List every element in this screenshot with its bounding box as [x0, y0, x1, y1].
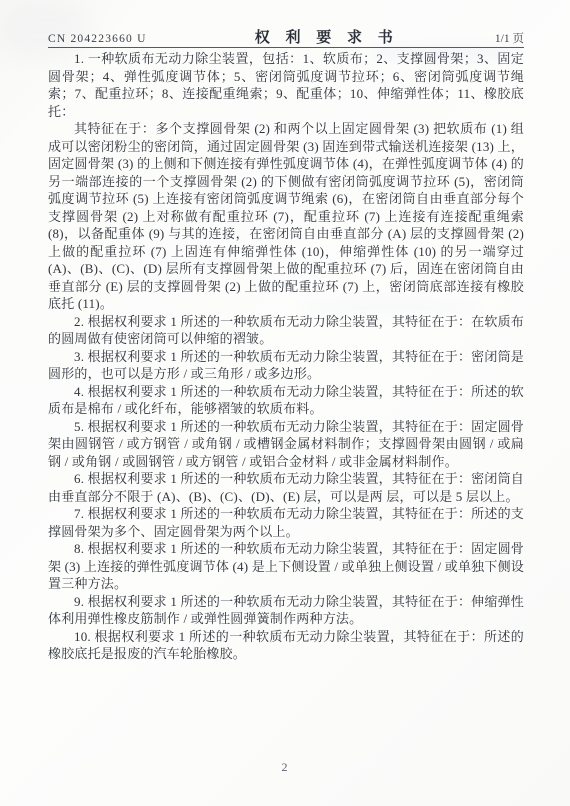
- claim-3: 3. 根据权利要求 1 所述的一种软质布无动力除尘装置，其特征在于：密闭筒是圆形…: [48, 348, 524, 383]
- page-title: 权 利 要 求 书: [255, 26, 399, 47]
- claim-8: 8. 根据权利要求 1 所述的一种软质布无动力除尘装置，其特征在于：固定圆骨架 …: [48, 540, 524, 593]
- patent-claims-page: CN 204223660 U 权 利 要 求 书 1/1 页 1. 一种软质布无…: [0, 0, 570, 806]
- page-header: CN 204223660 U 权 利 要 求 书 1/1 页: [48, 26, 524, 48]
- claim-6: 6. 根据权利要求 1 所述的一种软质布无动力除尘装置，其特征在于：密闭筒自由垂…: [48, 470, 524, 505]
- claim-9: 9. 根据权利要求 1 所述的一种软质布无动力除尘装置，其特征在于：伸缩弹性体利…: [48, 593, 524, 628]
- claim-2: 2. 根据权利要求 1 所述的一种软质布无动力除尘装置，其特征在于：在软质布的圆…: [48, 313, 524, 348]
- claims-body: 1. 一种软质布无动力除尘装置，包括：1、软质布；2、支撑圆骨架；3、固定圆骨架…: [48, 50, 524, 663]
- document-number: CN 204223660 U: [48, 33, 147, 45]
- claim-10: 10. 根据权利要求 1 所述的一种软质布无动力除尘装置，其特征在于：所述的橡胶…: [48, 628, 524, 663]
- claim-5: 5. 根据权利要求 1 所述的一种软质布无动力除尘装置，其特征在于：固定圆骨架由…: [48, 418, 524, 471]
- page-number: 2: [282, 760, 289, 774]
- claim-1-preamble: 1. 一种软质布无动力除尘装置，包括：1、软质布；2、支撑圆骨架；3、固定圆骨架…: [48, 50, 524, 120]
- page-footer: 2: [0, 758, 570, 776]
- claim-4: 4. 根据权利要求 1 所述的一种软质布无动力除尘装置，其特征在于：所述的软质布…: [48, 383, 524, 418]
- page-indicator: 1/1 页: [495, 30, 524, 46]
- claim-7: 7. 根据权利要求 1 所述的一种软质布无动力除尘装置，其特征在于：所述的支撑圆…: [48, 505, 524, 540]
- claim-1-characterizing-part: 其特征在于：多个支撑圆骨架 (2) 和两个以上固定圆骨架 (3) 把软质布 (1…: [48, 120, 524, 313]
